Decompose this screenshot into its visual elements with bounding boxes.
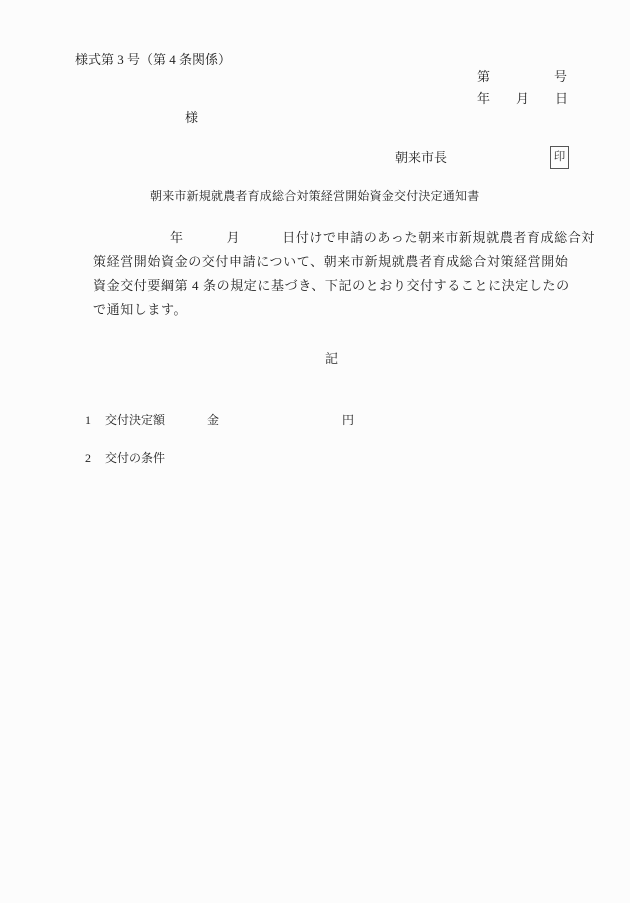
item-2-label: 交付の条件 xyxy=(105,452,165,466)
doc-number-suffix: 号 xyxy=(554,70,567,85)
item-1-amount-prefix: 金 xyxy=(207,414,219,428)
item-1-number: 1 xyxy=(85,414,91,428)
body-year-label: 年 xyxy=(170,230,184,245)
date-fill-blank xyxy=(240,241,282,242)
body-line-1-text: 日付けで申請のあった朝来市新規就農者育成総合対 xyxy=(282,230,595,245)
record-marker: 記 xyxy=(325,352,338,367)
document-number-line: 第 号 xyxy=(477,70,567,85)
date-line: 年 月 日 xyxy=(477,92,568,107)
document-page: 様式第 3 号（第 4 条関係） 第 号 年 月 日 様 朝来市長 印 朝来市新… xyxy=(0,0,630,903)
body-line-3: 資金交付要綱第 4 条の規定に基づき、下記のとおり交付することに決定したの xyxy=(93,279,570,294)
date-year-label: 年 xyxy=(477,92,490,107)
body-month-label: 月 xyxy=(227,230,241,245)
document-title: 朝来市新規就農者育成総合対策経営開始資金交付決定通知書 xyxy=(150,190,479,204)
date-fill-blank xyxy=(184,241,227,242)
addressee-honorific: 様 xyxy=(185,111,198,126)
seal-stamp-icon: 印 xyxy=(554,151,566,164)
seal-box: 印 xyxy=(550,146,569,169)
item-2-number: 2 xyxy=(85,452,91,466)
body-line-2: 策経営開始資金の交付申請について、朝来市新規就農者育成総合対策経営開始 xyxy=(93,255,568,270)
date-day-label: 日 xyxy=(555,92,568,107)
date-month-label: 月 xyxy=(516,92,529,107)
item-1-amount-unit: 円 xyxy=(342,414,354,428)
item-1-label: 交付決定額 xyxy=(105,414,165,428)
sender-title: 朝来市長 xyxy=(395,151,447,166)
body-line-1: 年月日付けで申請のあった朝来市新規就農者育成総合対 xyxy=(93,231,595,246)
body-line-4: で通知します。 xyxy=(93,303,187,318)
date-fill-blank xyxy=(93,241,170,242)
form-number: 様式第 3 号（第 4 条関係） xyxy=(75,53,231,68)
doc-number-prefix: 第 xyxy=(477,70,490,85)
